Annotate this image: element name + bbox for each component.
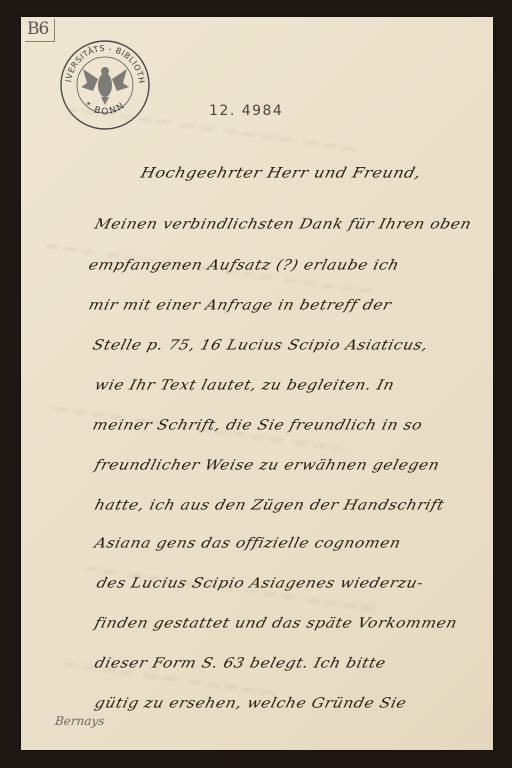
text-line: des Lucius Scipio Asiagenes wiederzu- — [95, 575, 425, 591]
pencil-annotation: Bernays — [54, 714, 105, 728]
library-stamp-icon: UNIVERSITÄTS - BIBLIOTHEK * BONN — [59, 39, 151, 131]
text-line: Stelle p. 75, 16 Lucius Scipio Asiaticus… — [91, 337, 430, 353]
text-line: wie Ihr Text lautet, zu begleiten. In — [93, 377, 396, 393]
text-line: hatte, ich aus den Zügen der Handschrift — [93, 497, 446, 513]
letter-page: ~~~ ~~~~ ~~ ~~~~~~ ~~~~~ ~~~ ~~~~~~ ~~~ … — [21, 17, 493, 750]
text-line: gütig zu ersehen, welche Gründe Sie — [93, 695, 408, 711]
text-line: mir mit einer Anfrage in betreff der — [87, 297, 393, 313]
shelfmark: B6 — [25, 19, 55, 42]
text-line: finden gestattet und das späte Vorkommen — [93, 615, 459, 631]
text-line: dieser Form S. 63 belegt. Ich bitte — [93, 655, 388, 671]
text-line: Asiana gens das offizielle cognomen — [93, 535, 403, 551]
text-line: empfangenen Aufsatz (?) erlaube ich — [87, 257, 401, 273]
text-line: freundlicher Weise zu erwähnen gelegen — [93, 457, 442, 473]
text-line: meiner Schrift, die Sie freundlich in so — [91, 417, 424, 433]
text-line: Meinen verbindlichsten Dank für Ihren ob… — [93, 216, 473, 232]
accession-number: 12. 4984 — [209, 103, 283, 119]
salutation: Hochgeehrter Herr und Freund, — [139, 164, 423, 181]
